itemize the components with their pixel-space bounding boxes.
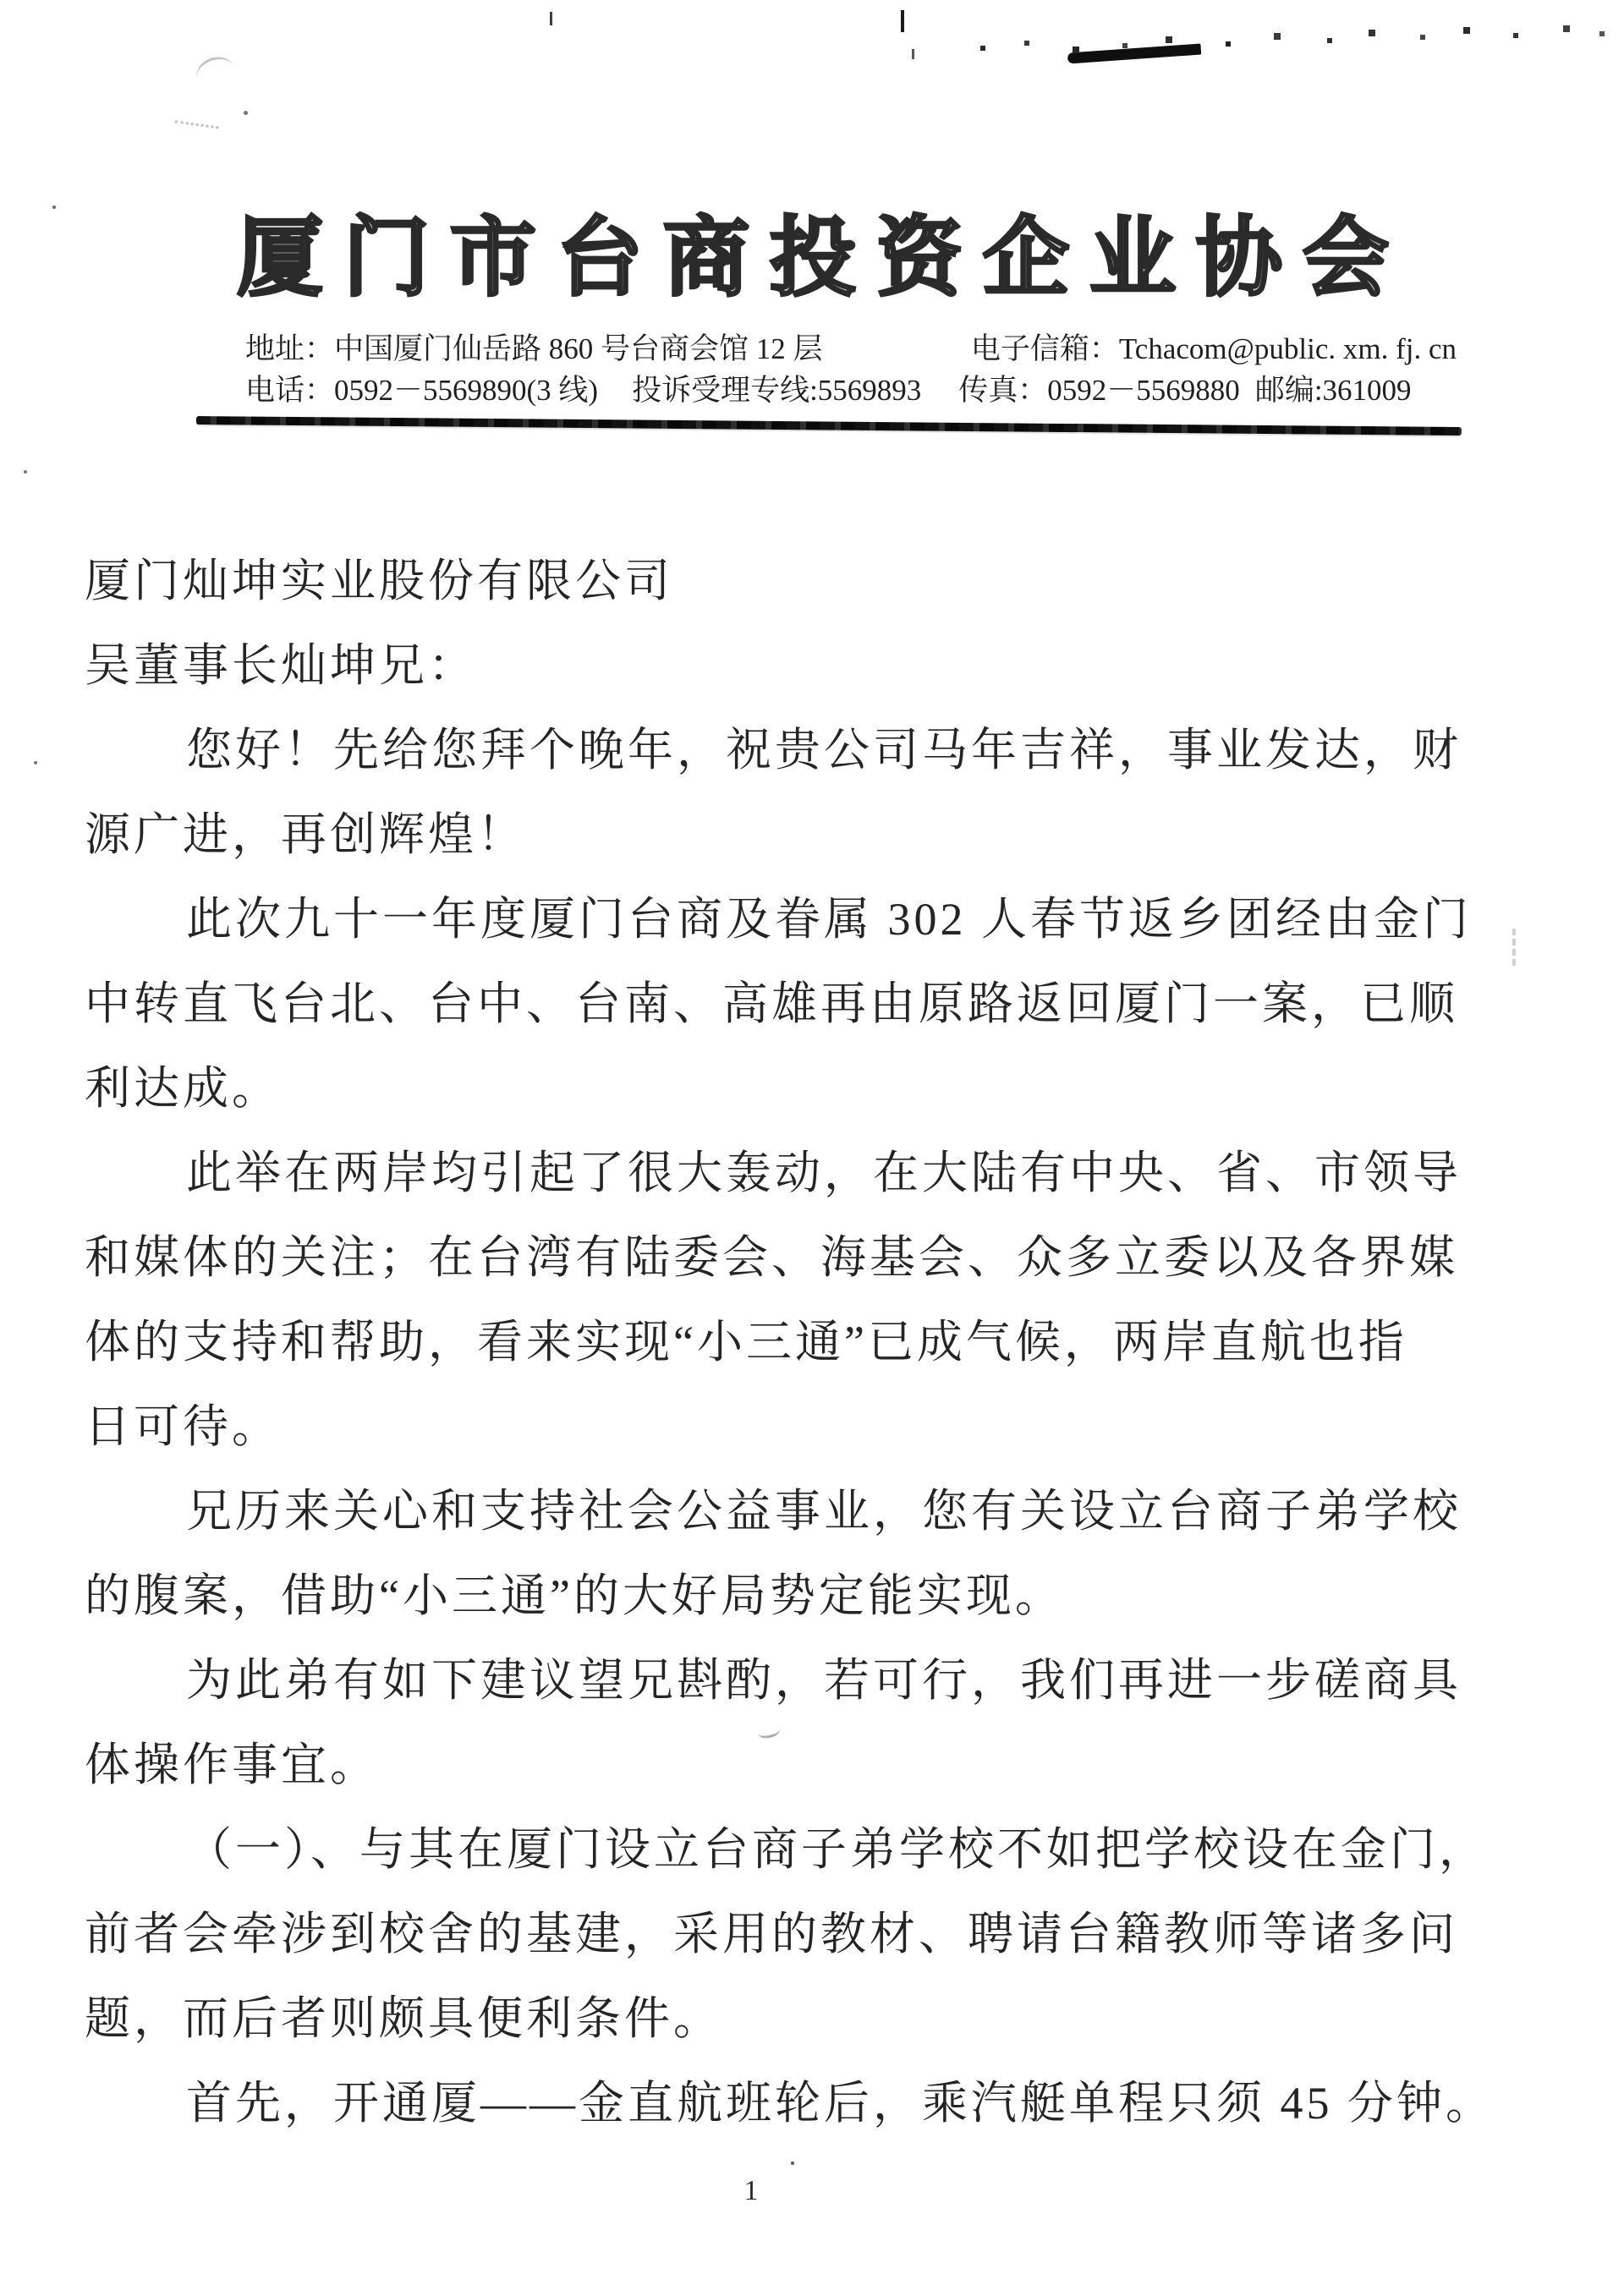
letter-line: 利达成。 bbox=[85, 1046, 1506, 1131]
letter-line: 和媒体的关注；在台湾有陆委会、海基会、众多立委以及各界媒 bbox=[85, 1215, 1506, 1300]
complaint-hotline-text: 投诉受理专线:5569893 bbox=[632, 370, 921, 411]
scanned-letter-page: 厦门市台商投资企业协会 地址：中国厦门仙岳路 860 号台商会馆 12 层 电子… bbox=[0, 0, 1624, 2296]
letter-line: 首先，开通厦——金直航班轮后，乘汽艇单程只须 45 分钟。 bbox=[85, 2061, 1506, 2145]
letter-line: （一）、与其在厦门设立台商子弟学校不如把学校设在金门， bbox=[85, 1807, 1506, 1892]
scan-artifact-dot bbox=[34, 761, 37, 764]
letter-body: 厦门灿坤实业股份有限公司 吴董事长灿坤兄： 您好！先给您拜个晚年，祝贵公司马年吉… bbox=[85, 539, 1506, 2145]
letter-line: 兄历来关心和支持社会公益事业，您有关设立台商子弟学校 bbox=[85, 1469, 1506, 1553]
recipient-company-line: 厦门灿坤实业股份有限公司 bbox=[85, 539, 1506, 623]
header-divider-rule bbox=[196, 416, 1462, 436]
scan-artifact-tick bbox=[912, 49, 914, 59]
scan-artifact-bleed bbox=[1512, 929, 1516, 966]
letter-line: 题，而后者则颇具便利条件。 bbox=[85, 1976, 1506, 2061]
letter-line: 您好！先给您拜个晚年，祝贵公司马年吉祥，事业发达，财 bbox=[85, 708, 1506, 792]
letter-line: 为此弟有如下建议望兄斟酌，若可行，我们再进一步磋商具 bbox=[85, 1638, 1506, 1723]
contact-row-1: 地址：中国厦门仙岳路 860 号台商会馆 12 层 电子信箱：Tchacom@p… bbox=[245, 328, 1457, 370]
scan-artifact-smudge bbox=[175, 103, 222, 129]
contact-row-2: 电话：0592－5569890(3 线) 投诉受理专线:5569893 传真：0… bbox=[245, 370, 1457, 411]
letter-line: 体操作事宜。 bbox=[85, 1723, 1506, 1807]
contact-info-block: 地址：中国厦门仙岳路 860 号台商会馆 12 层 电子信箱：Tchacom@p… bbox=[245, 328, 1457, 411]
scan-artifact-dot bbox=[791, 2162, 794, 2165]
scan-artifact-tick bbox=[901, 10, 904, 32]
phone-text: 电话：0592－5569890(3 线) bbox=[245, 370, 598, 411]
salutation-line: 吴董事长灿坤兄： bbox=[85, 623, 1506, 708]
letter-line: 中转直飞台北、台中、台南、高雄再由原路返回厦门一案，已顺 bbox=[85, 962, 1506, 1046]
email-text: 电子信箱：Tchacom@public. xm. fj. cn bbox=[971, 328, 1457, 370]
postal-code-text: 邮编:361009 bbox=[1255, 370, 1412, 411]
scan-artifact-smudge bbox=[244, 111, 248, 115]
address-text: 地址：中国厦门仙岳路 860 号台商会馆 12 层 bbox=[245, 328, 823, 370]
scan-artifact-tick bbox=[550, 12, 552, 25]
fax-text: 传真：0592－5569880 bbox=[958, 370, 1240, 411]
scan-artifact-dot bbox=[24, 470, 27, 474]
letter-line: 前者会牵涉到校舍的基建，采用的教材、聘请台籍教师等诸多问 bbox=[85, 1892, 1506, 1976]
scan-artifact-speckles bbox=[973, 21, 976, 25]
letter-line: 此次九十一年度厦门台商及眷属 302 人春节返乡团经由金门 bbox=[85, 877, 1506, 962]
letter-line: 体的支持和帮助，看来实现“小三通”已成气候，两岸直航也指 bbox=[85, 1300, 1506, 1384]
letter-line: 日可待。 bbox=[85, 1384, 1506, 1469]
association-title: 厦门市台商投资企业协会 bbox=[0, 189, 1624, 313]
page-number: 1 bbox=[724, 2175, 778, 2207]
scan-artifact-streak bbox=[1067, 44, 1202, 64]
letter-line: 的腹案，借助“小三通”的大好局势定能实现。 bbox=[85, 1553, 1506, 1638]
letter-line: 此举在两岸均引起了很大轰动，在大陆有中央、省、市领导 bbox=[85, 1131, 1506, 1215]
scan-artifact-smudge bbox=[192, 52, 239, 94]
letter-line: 源广进，再创辉煌！ bbox=[85, 792, 1506, 877]
